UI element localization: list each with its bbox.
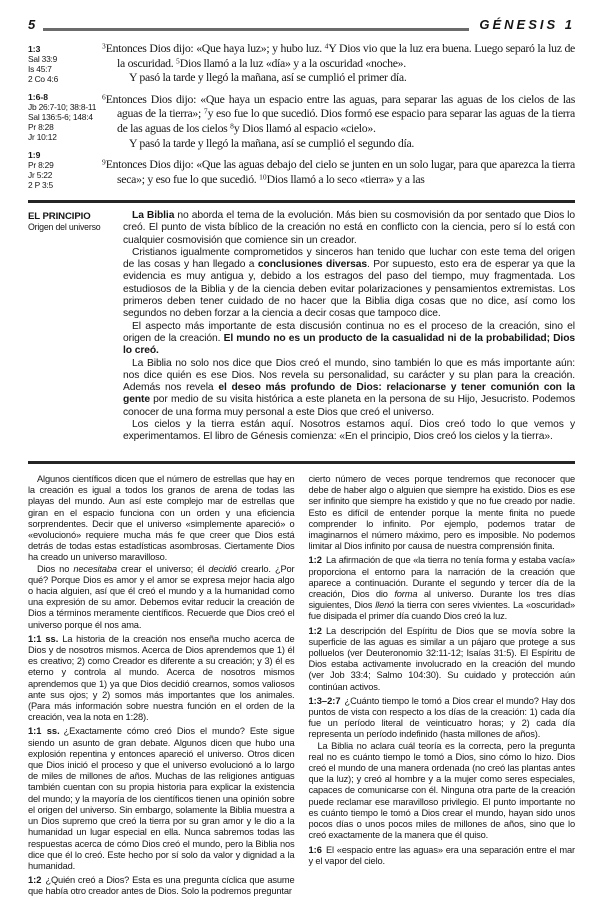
header-rule xyxy=(43,28,469,31)
ref-line: Jr 10:12 xyxy=(28,132,102,142)
book-title: GÉNESIS 1 xyxy=(469,18,575,32)
text-segment: llenó xyxy=(375,600,394,610)
note-paragraph: 1:2¿Quién creó a Dios? Esta es una pregu… xyxy=(28,875,295,897)
ref-line: 2 Co 4:6 xyxy=(28,74,102,84)
verse-paragraph: 3Entonces Dios dijo: «Que haya luz»; y h… xyxy=(102,41,575,85)
text-segment: La descripción del Espíritu de Dios que … xyxy=(309,626,576,692)
text-segment: Algunos científicos dicen que el número … xyxy=(28,474,295,562)
notes-column-left: Algunos científicos dicen que el número … xyxy=(28,474,295,898)
ref-line: 2 P 3:5 xyxy=(28,180,102,190)
ref-line: Sal 33:9 xyxy=(28,54,102,64)
feature-paragraph: El aspecto más importante de esta discus… xyxy=(123,321,575,358)
ref-group: 1:3 Sal 33:9 Is 45:7 2 Co 4:6 xyxy=(28,44,102,84)
ref-line: Pr 8:29 xyxy=(28,160,102,170)
ref-label: 1:6-8 xyxy=(28,92,102,102)
text-segment: no aborda el tema de la evolución. Más b… xyxy=(123,210,575,246)
ref-label: 1:9 xyxy=(28,150,102,160)
text-segment: 1:2 xyxy=(28,875,41,885)
cross-references: 1:3 Sal 33:9 Is 45:7 2 Co 4:6 1:6-8 Jb 2… xyxy=(28,41,102,198)
ref-line: Is 45:7 xyxy=(28,64,102,74)
verse-paragraph: 6Entonces Dios dijo: «Que haya un espaci… xyxy=(102,92,575,150)
refrain-line: Y pasó la tarde y llegó la mañana, así s… xyxy=(102,70,575,85)
verse-text: 9Entonces Dios dijo: «Que las aguas deba… xyxy=(102,157,575,186)
section-divider-top xyxy=(28,200,575,203)
text-segment: conclusiones diversas xyxy=(258,259,367,270)
note-paragraph: 1:6El «espacio entre las aguas» era una … xyxy=(309,845,576,867)
feature-paragraph: Los cielos y la tierra están aquí. Nosot… xyxy=(123,419,575,444)
note-paragraph: Algunos científicos dicen que el número … xyxy=(28,474,295,564)
text-segment: 1:1 ss. xyxy=(28,634,58,644)
text-segment: cierto número de veces porque tendremos … xyxy=(309,474,576,551)
text-segment: El «espacio entre las aguas» era una sep… xyxy=(309,845,576,866)
ref-line: Jr 5:22 xyxy=(28,170,102,180)
text-segment: La historia de la creación nos enseña mu… xyxy=(28,634,295,722)
verse-text: 6Entonces Dios dijo: «Que haya un espaci… xyxy=(102,92,575,136)
ref-line: Pr 8:28 xyxy=(28,122,102,132)
ref-line: Jb 26:7-10; 38:8-11 xyxy=(28,102,102,112)
text-segment: 1:3–2:7 xyxy=(309,696,341,706)
text-segment: La Biblia xyxy=(132,210,174,221)
page-header: 5 GÉNESIS 1 xyxy=(28,12,575,32)
text-segment: y Dios llamó al espacio «cielo». xyxy=(234,121,376,135)
text-segment: forma xyxy=(394,589,417,599)
feature-paragraph: La Biblia no solo nos dice que Dios creó… xyxy=(123,358,575,419)
text-segment: Entonces Dios dijo: «Que haya luz»; y hu… xyxy=(106,41,325,55)
verse-paragraph: 9Entonces Dios dijo: «Que las aguas deba… xyxy=(102,157,575,186)
feature-article: EL PRINCIPIO Origen del universo La Bibl… xyxy=(28,210,575,456)
text-segment: necesitaba xyxy=(73,564,116,574)
feature-title: EL PRINCIPIO xyxy=(28,211,123,222)
note-paragraph: Dios no necesitaba crear el universo; él… xyxy=(28,564,295,631)
feature-paragraph: Cristianos igualmente comprometidos y si… xyxy=(123,247,575,321)
section-divider-bottom xyxy=(28,461,575,464)
note-paragraph: 1:2La afirmación de que «la tierra no te… xyxy=(309,555,576,622)
text-segment: Dios no xyxy=(37,564,73,574)
verse-number: 10 xyxy=(259,172,267,181)
text-segment: 1:2 xyxy=(309,626,322,636)
scripture-section: 1:3 Sal 33:9 Is 45:7 2 Co 4:6 1:6-8 Jb 2… xyxy=(28,41,575,198)
text-segment: Dios llamó a la luz «día» y a la oscurid… xyxy=(180,56,406,70)
bible-page: 5 GÉNESIS 1 1:3 Sal 33:9 Is 45:7 2 Co 4:… xyxy=(0,0,601,912)
text-segment: ¿Exactamente cómo creó Dios el mundo? Es… xyxy=(28,726,295,870)
note-paragraph: La Biblia no aclara cuál teoría es la co… xyxy=(309,741,576,842)
text-segment: por medio de su visita histórica a este … xyxy=(123,394,575,417)
text-segment: 1:6 xyxy=(309,845,322,855)
ref-label: 1:3 xyxy=(28,44,102,54)
study-notes: Algunos científicos dicen que el número … xyxy=(28,472,575,898)
ref-group: 1:6-8 Jb 26:7-10; 38:8-11 Sal 136:5-6; 1… xyxy=(28,92,102,142)
text-segment: La Biblia no aclara cuál teoría es la co… xyxy=(309,741,576,841)
text-segment: ¿Cuánto tiempo le tomó a Dios crear el m… xyxy=(309,696,576,740)
text-segment: crear el universo; él xyxy=(117,564,209,574)
feature-paragraph: La Biblia no aborda el tema de la evoluc… xyxy=(123,210,575,247)
note-paragraph: 1:2La descripción del Espíritu de Dios q… xyxy=(309,626,576,693)
ref-group: 1:9 Pr 8:29 Jr 5:22 2 P 3:5 xyxy=(28,150,102,190)
feature-body: La Biblia no aborda el tema de la evoluc… xyxy=(123,210,575,456)
text-segment: ¿Quién creó a Dios? Esta es una pregunta… xyxy=(28,875,295,896)
text-segment: 1:2 xyxy=(309,555,322,565)
ref-line: Sal 136:5-6; 148:4 xyxy=(28,112,102,122)
text-segment: Dios llamó a lo seco «tierra» y a las xyxy=(267,172,425,186)
refrain-line: Y pasó la tarde y llegó la mañana, así s… xyxy=(102,136,575,151)
notes-column-right: cierto número de veces porque tendremos … xyxy=(309,474,576,898)
page-number: 5 xyxy=(28,18,43,32)
text-segment: decidió xyxy=(208,564,236,574)
note-paragraph: cierto número de veces porque tendremos … xyxy=(309,474,576,552)
note-paragraph: 1:1 ss.¿Exactamente cómo creó Dios el mu… xyxy=(28,726,295,872)
note-paragraph: 1:1 ss.La historia de la creación nos en… xyxy=(28,634,295,724)
scripture-text: 3Entonces Dios dijo: «Que haya luz»; y h… xyxy=(102,41,575,198)
verse-text: 3Entonces Dios dijo: «Que haya luz»; y h… xyxy=(102,41,575,70)
text-segment: Los cielos y la tierra están aquí. Nosot… xyxy=(123,419,575,442)
text-segment: 1:1 ss. xyxy=(28,726,60,736)
feature-subtitle: Origen del universo xyxy=(28,222,123,232)
feature-label: EL PRINCIPIO Origen del universo xyxy=(28,210,123,456)
note-paragraph: 1:3–2:7¿Cuánto tiempo le tomó a Dios cre… xyxy=(309,696,576,741)
